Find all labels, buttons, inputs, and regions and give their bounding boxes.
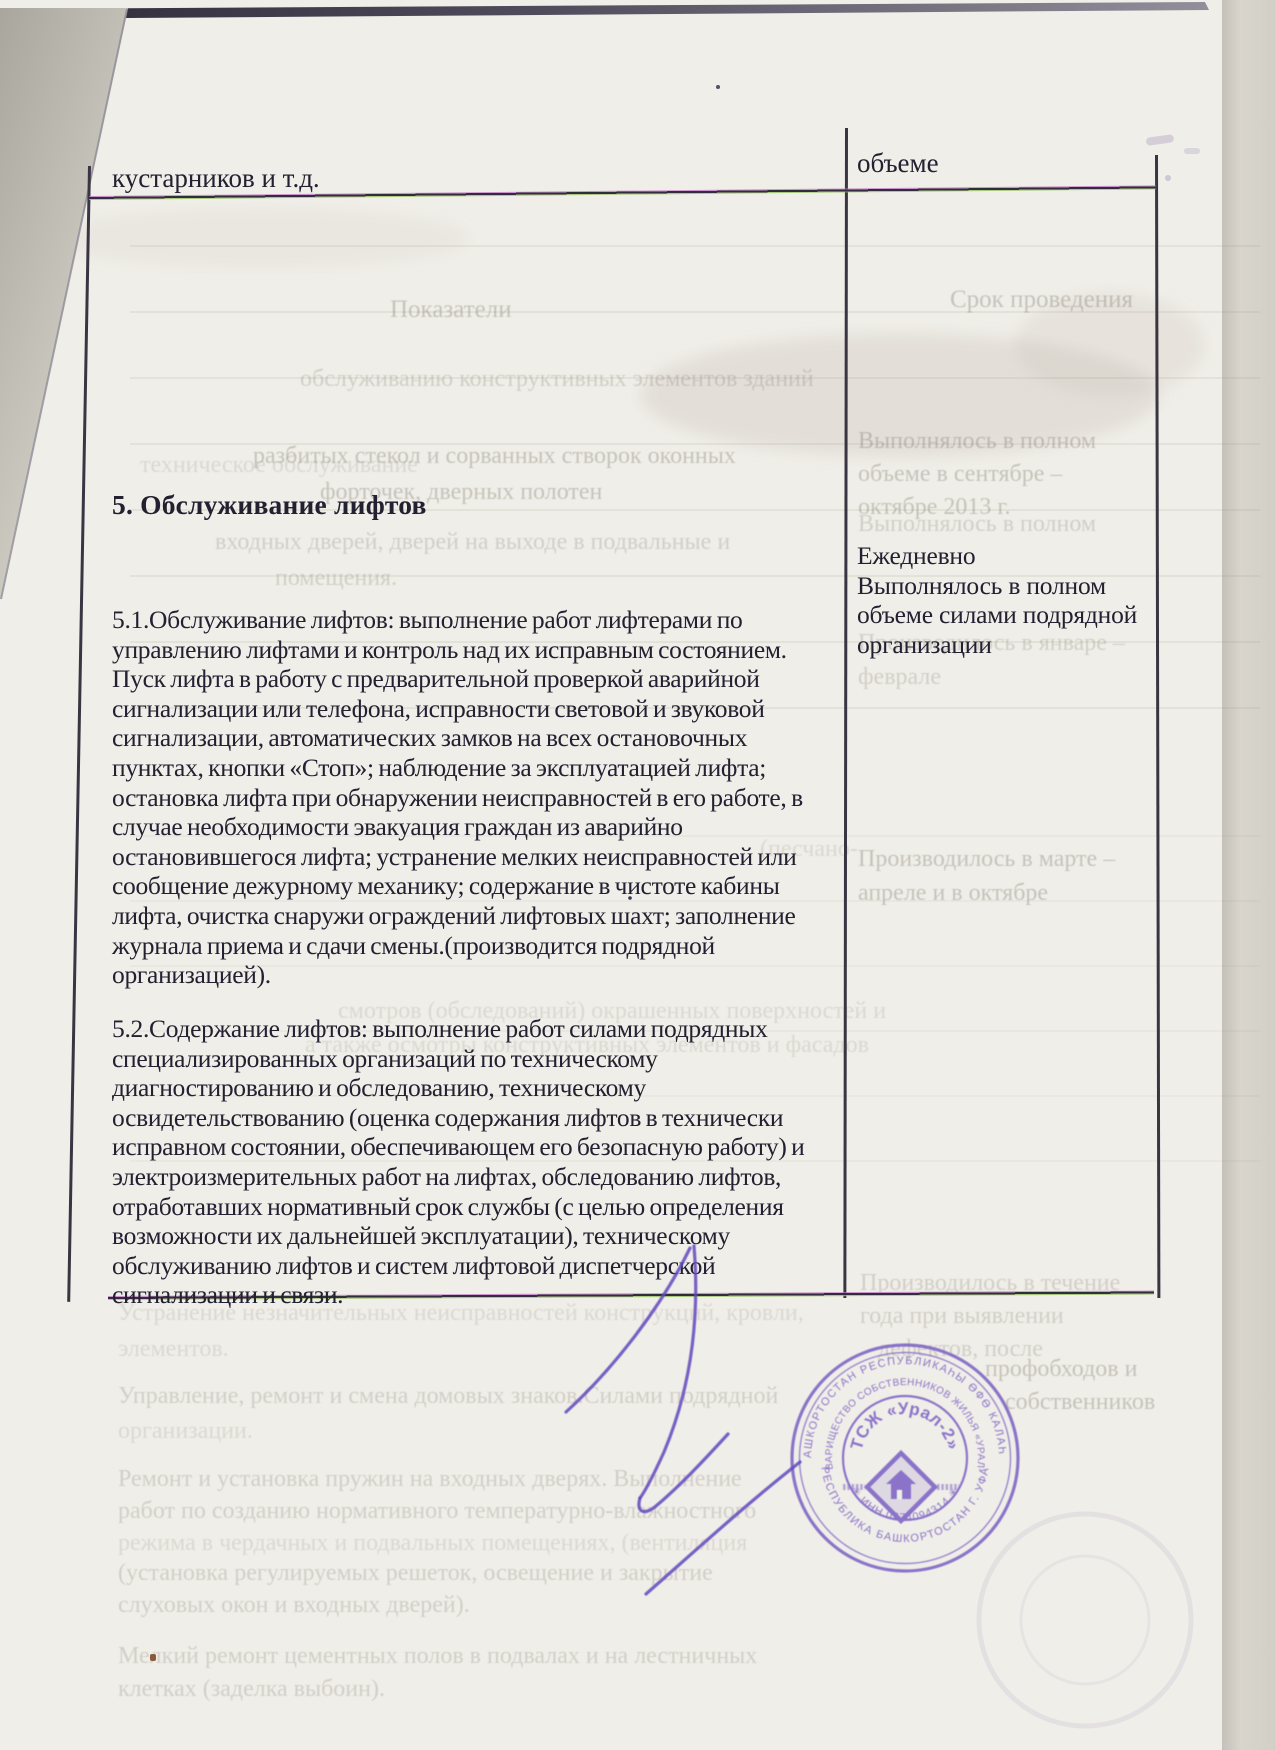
scanned-document-page: Показатели Срок проведения обслуживанию … [0,0,1275,1750]
stamp-and-signature-layer: БАШКОРТОСТАН РЕСПУБЛИКАҺЫ ӨФӨ КАЛАҺЫ ✳ Р… [0,0,1275,1750]
stamp-outer-ring-top-text: БАШКОРТОСТАН РЕСПУБЛИКАҺЫ ӨФӨ КАЛАҺЫ [0,0,1008,1458]
signature [566,1246,800,1594]
stamp-center-name-text: ТСЖ «Урал-2» [847,1399,963,1452]
round-stamp-tsj-ural-2: БАШКОРТОСТАН РЕСПУБЛИКАҺЫ ӨФӨ КАЛАҺЫ ✳ Р… [0,0,1018,1571]
stamp-mid-ring-top-text: ТОВАРИЩЕСТВО СОБСТВЕННИКОВ ЖИЛЬЯ «УРАЛ-2… [0,0,986,1473]
stamp-outer-ring-bottom-text: ✳ РЕСПУБЛИКА БАШКОРТОСТАН Г. УФА ✳ [0,0,992,1545]
ghost-stamp [979,1514,1191,1726]
